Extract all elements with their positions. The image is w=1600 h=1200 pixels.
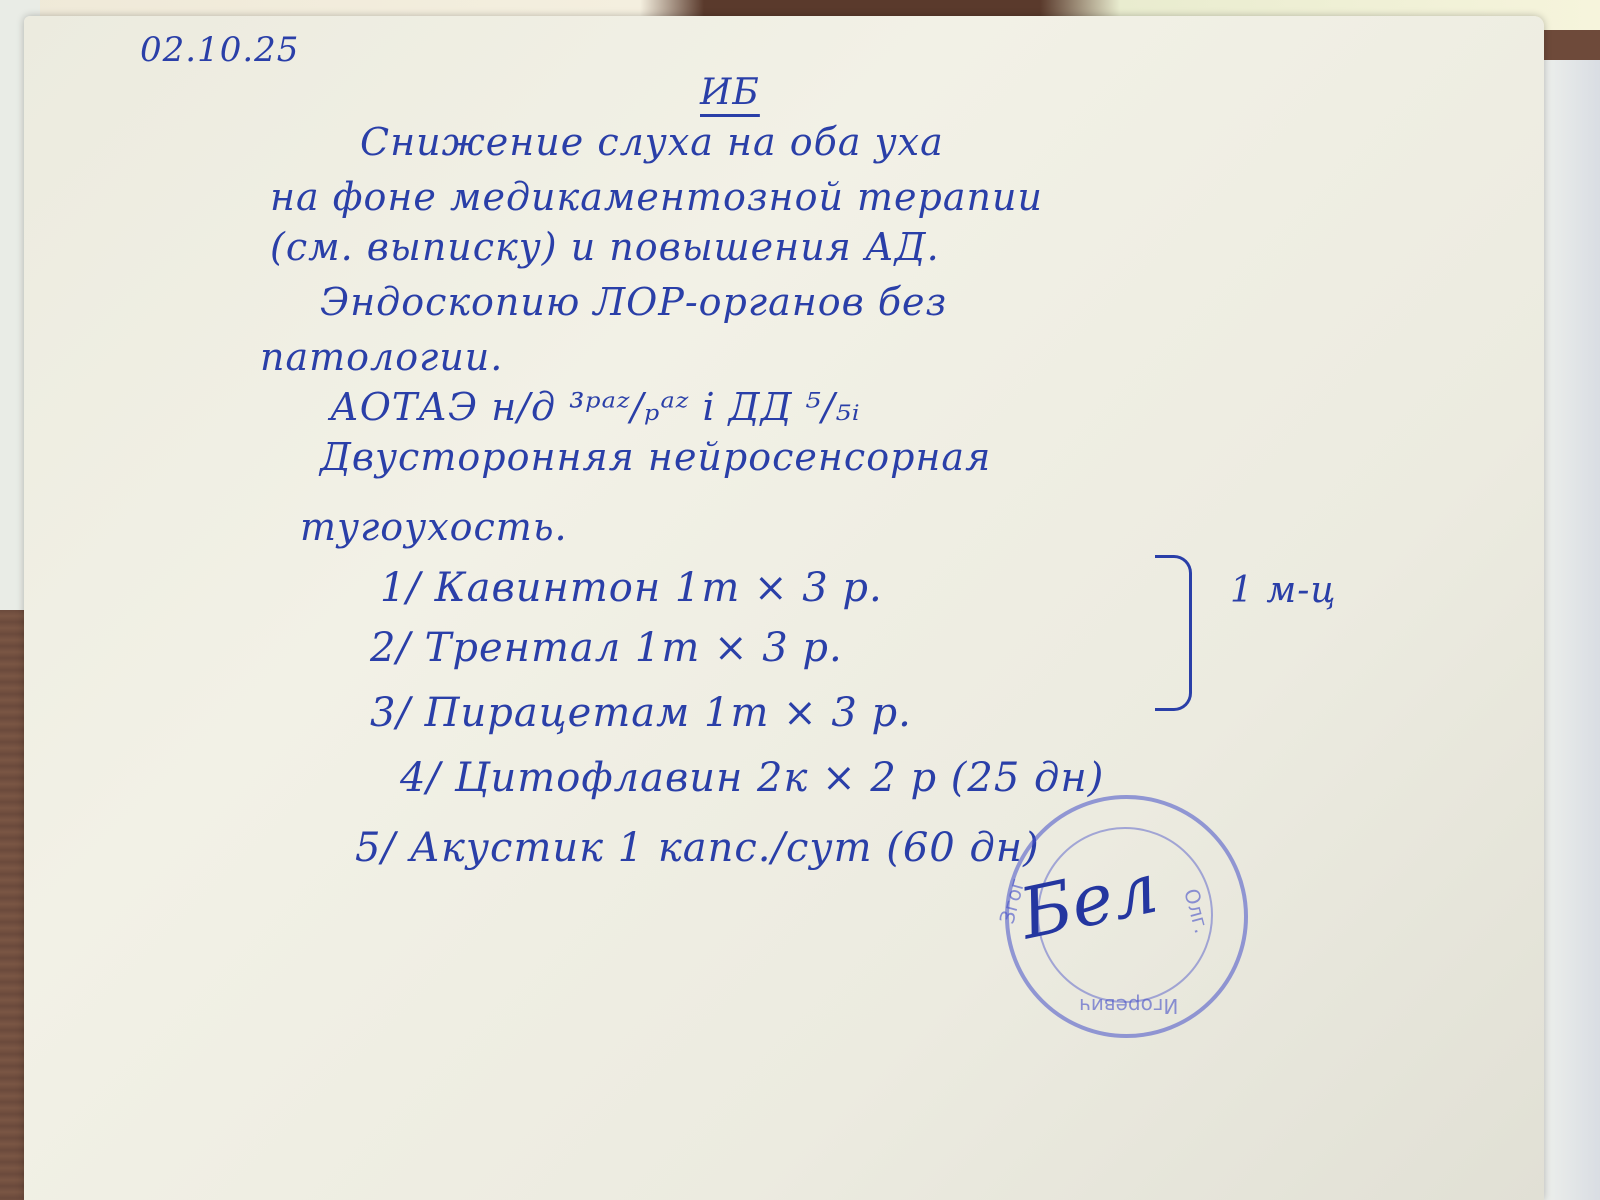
diagnosis-line: Двусторонняя нейросенсорная [320, 435, 991, 479]
prescription-text: Цитофлавин 2к × 2 р (25 дн) [455, 755, 1105, 801]
note-line: Снижение слуха на оба уха [360, 120, 944, 164]
note-heading: ИБ [700, 72, 760, 113]
prescription-number: 2/ [370, 625, 411, 671]
stamp-text-bottom: Игоревич [1079, 994, 1178, 1018]
prescription-item: 2/ Трентал 1т × 3 р. [370, 625, 843, 671]
note-date: 02.10.25 [140, 30, 299, 70]
prescription-item: 4/ Цитофлавин 2к × 2 р (25 дн) [400, 755, 1104, 801]
background-right-sheet [1540, 60, 1600, 1200]
note-line: (см. выписку) и повышения АД. [270, 225, 940, 269]
prescription-text: Пирацетам 1т × 3 р. [425, 690, 912, 736]
curly-brace [1155, 555, 1192, 711]
prescription-number: 4/ [400, 755, 441, 801]
prescription-number: 3/ [370, 690, 411, 736]
prescription-item: 3/ Пирацетам 1т × 3 р. [370, 690, 912, 736]
prescription-text: Акустик 1 капс./сут (60 дн) [410, 825, 1040, 871]
prescription-item: 1/ Кавинтон 1т × 3 р. [380, 565, 883, 611]
note-line: Эндоскопию ЛОР-органов без [320, 280, 947, 324]
note-line: на фоне медикаментозной терапии [270, 175, 1043, 219]
duration-note: 1 м-ц [1230, 570, 1336, 611]
note-line: АОТАЭ н/д ³ᵖᵃᶻ/ₚᵃᶻ і ДД ⁵/₅ᵢ [330, 385, 860, 429]
diagnosis-line: тугоухость. [300, 505, 568, 549]
prescription-text: Трентал 1т × 3 р. [425, 625, 843, 671]
prescription-number: 1/ [380, 565, 421, 611]
prescription-item: 5/ Акустик 1 капс./сут (60 дн) [355, 825, 1040, 871]
prescription-text: Кавинтон 1т × 3 р. [435, 565, 883, 611]
note-line: патологии. [260, 335, 503, 379]
prescription-number: 5/ [355, 825, 396, 871]
